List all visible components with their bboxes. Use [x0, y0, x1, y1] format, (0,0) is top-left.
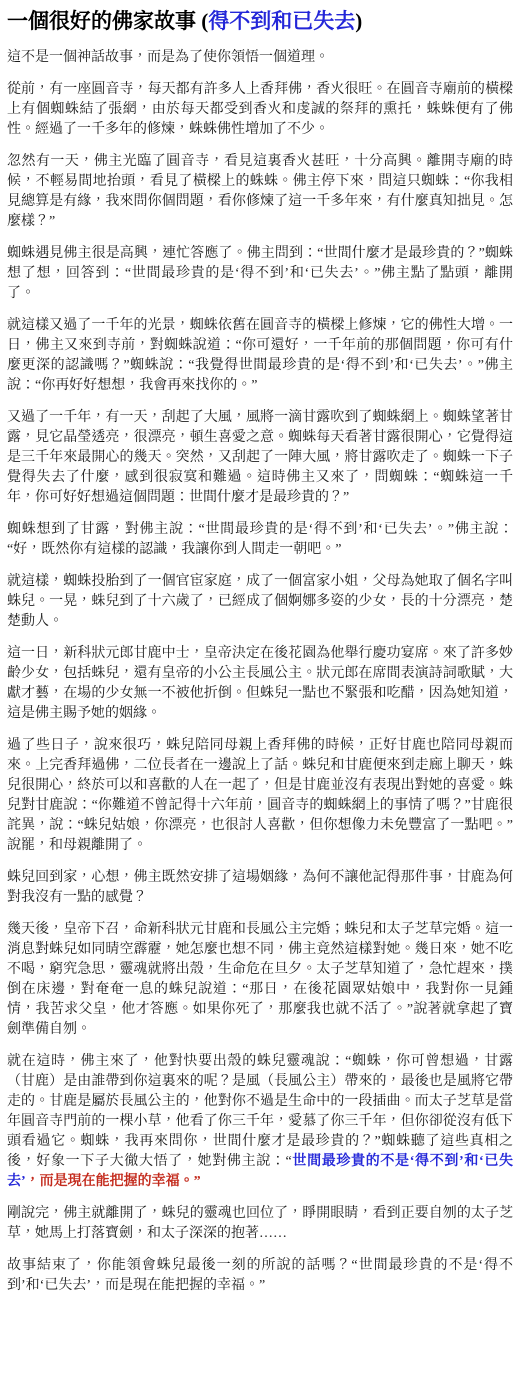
- text-run: 過了些日子，說來很巧，蛛兒陪同母親上香拜佛的時候，正好甘鹿也陪同母親而來。上完香…: [7, 738, 513, 853]
- text-run: 蜘蛛想到了甘露，對佛主說：“世間最珍貴的是‘得不到’和‘已失去’。”佛主說：“好…: [7, 522, 513, 557]
- text-run: 就在這時，佛主來了，他對快要出殼的蛛兒靈魂說：“蜘蛛，你可曾想過，甘露（甘鹿）是…: [7, 1054, 513, 1169]
- page-title: 一個很好的佛家故事 (得不到和已失去): [7, 9, 513, 33]
- text-run: 從前，有一座圓音寺，每天都有許多人上香拜佛，香火很旺。在圓音寺廟前的橫樑上有個蜘…: [7, 82, 513, 137]
- text-run: 忽然有一天，佛主光臨了圓音寺，看見這裏香火甚旺，十分高興。離開寺廟的時候，不輕易…: [7, 154, 513, 229]
- paragraph: 故事結束了，你能領會蛛兒最後一刻的所說的話嗎？“世間最珍貴的不是‘得不到’和‘已…: [7, 1256, 513, 1296]
- text-run: 蛛兒回到家，心想，佛主既然安排了這場姻緣，為何不讓他記得那件事，甘鹿為何對我沒有…: [7, 870, 513, 905]
- text-run: 這不是一個神話故事，而是為了使你領悟一個道理。: [7, 50, 329, 65]
- paragraph: 剛說完，佛主就離開了，蛛兒的靈魂也回位了，睜開眼睛，看到正要自刎的太子芝草，她馬…: [7, 1204, 513, 1244]
- paragraph: 蜘蛛想到了甘露，對佛主說：“世間最珍貴的是‘得不到’和‘已失去’。”佛主說：“好…: [7, 520, 513, 560]
- text-run: 就這樣又過了一千年的光景，蜘蛛依舊在圓音寺的橫樑上修煉，它的佛性大增。一日，佛主…: [7, 318, 513, 393]
- emphasis-run-red: ，而是現在能把握的幸福。”: [26, 1174, 201, 1189]
- paragraph: 幾天後，皇帝下召，命新科狀元甘鹿和長風公主完婚；蛛兒和太子芝草完婚。這一消息對蛛…: [7, 920, 513, 1040]
- text-run: 又過了一千年，有一天，刮起了大風，風將一滴甘露吹到了蜘蛛網上。蜘蛛望著甘露，見它…: [7, 410, 513, 505]
- text-run: 蜘蛛遇見佛主很是高興，連忙答應了。佛主問到：“世間什麼才是最珍貴的？”蜘蛛想了想…: [7, 246, 513, 301]
- paragraph: 就在這時，佛主來了，他對快要出殼的蛛兒靈魂說：“蜘蛛，你可曾想過，甘露（甘鹿）是…: [7, 1052, 513, 1192]
- paragraph: 蜘蛛遇見佛主很是高興，連忙答應了。佛主問到：“世間什麼才是最珍貴的？”蜘蛛想了想…: [7, 244, 513, 304]
- title-main-text: 一個很好的佛家故事: [7, 9, 196, 33]
- paragraph: 又過了一千年，有一天，刮起了大風，風將一滴甘露吹到了蜘蛛網上。蜘蛛望著甘露，見它…: [7, 408, 513, 508]
- text-run: 就這樣，蜘蛛投胎到了一個官宦家庭，成了一個富家小姐，父母為她取了個名字叫蛛兒。一…: [7, 574, 513, 629]
- paragraph: 就這樣，蜘蛛投胎到了一個官宦家庭，成了一個富家小姐，父母為她取了個名字叫蛛兒。一…: [7, 572, 513, 632]
- paragraph: 這不是一個神話故事，而是為了使你領悟一個道理。: [7, 48, 513, 68]
- text-run: 幾天後，皇帝下召，命新科狀元甘鹿和長風公主完婚；蛛兒和太子芝草完婚。這一消息對蛛…: [7, 922, 513, 1037]
- text-run: 這一日，新科狀元郎甘鹿中士，皇帝決定在後花園為他舉行慶功宴席。來了許多妙齡少女，…: [7, 646, 513, 721]
- article-body: 這不是一個神話故事，而是為了使你領悟一個道理。從前，有一座圓音寺，每天都有許多人…: [7, 48, 513, 1296]
- paragraph: 這一日，新科狀元郎甘鹿中士，皇帝決定在後花園為他舉行慶功宴席。來了許多妙齡少女，…: [7, 644, 513, 724]
- text-run: 故事結束了，你能領會蛛兒最後一刻的所說的話嗎？“世間最珍貴的不是‘得不到’和‘已…: [7, 1258, 513, 1293]
- title-highlight-text: 得不到和已失去: [208, 9, 355, 33]
- text-run: 剛說完，佛主就離開了，蛛兒的靈魂也回位了，睜開眼睛，看到正要自刎的太子芝草，她馬…: [7, 1206, 513, 1241]
- paragraph: 就這樣又過了一千年的光景，蜘蛛依舊在圓音寺的橫樑上修煉，它的佛性大增。一日，佛主…: [7, 316, 513, 396]
- title-paren-close: ): [355, 9, 362, 33]
- document-page: 一個很好的佛家故事 (得不到和已失去) 這不是一個神話故事，而是為了使你領悟一個…: [0, 0, 520, 1380]
- title-paren-open: (: [196, 9, 208, 33]
- paragraph: 忽然有一天，佛主光臨了圓音寺，看見這裏香火甚旺，十分高興。離開寺廟的時候，不輕易…: [7, 152, 513, 232]
- paragraph: 從前，有一座圓音寺，每天都有許多人上香拜佛，香火很旺。在圓音寺廟前的橫樑上有個蜘…: [7, 80, 513, 140]
- paragraph: 過了些日子，說來很巧，蛛兒陪同母親上香拜佛的時候，正好甘鹿也陪同母親而來。上完香…: [7, 736, 513, 856]
- paragraph: 蛛兒回到家，心想，佛主既然安排了這場姻緣，為何不讓他記得那件事，甘鹿為何對我沒有…: [7, 868, 513, 908]
